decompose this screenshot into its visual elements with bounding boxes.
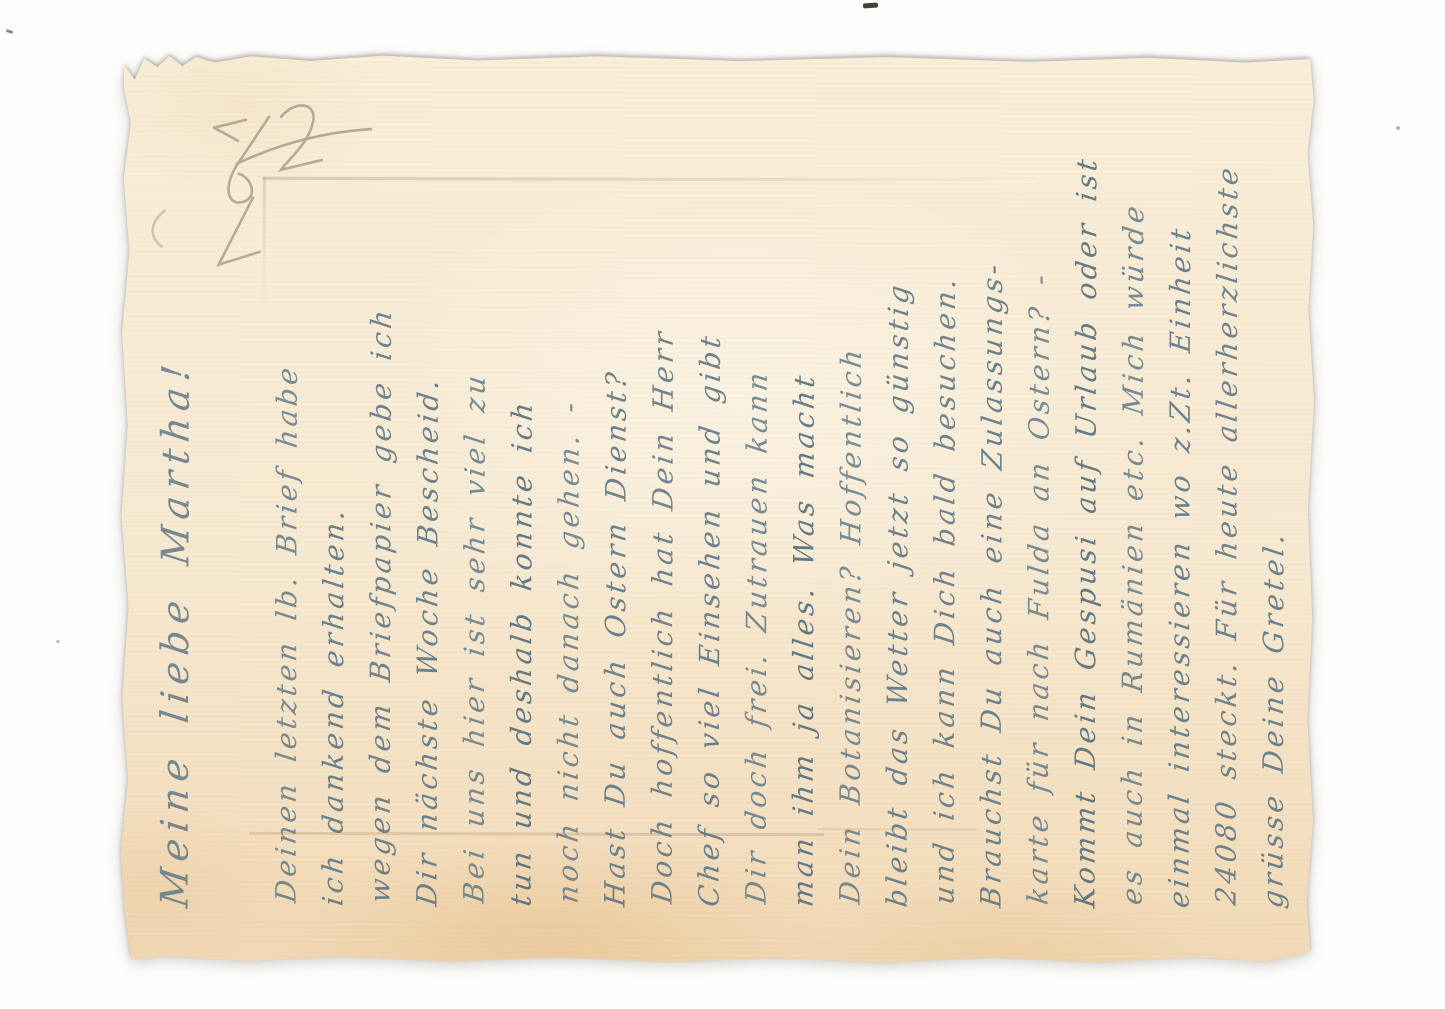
scan-background: Meine liebe Martha! Deinen letzten lb. B… (0, 0, 1445, 1009)
handwriting-line: karte für nach Fulda an Ostern? - (1014, 156, 1063, 907)
greeting-line: Meine liebe Martha! (152, 356, 197, 910)
handwriting-line: bleibt das Wetter jetzt so günstig (873, 156, 922, 910)
postcard-paper: Meine liebe Martha! Deinen letzten lb. B… (117, 50, 1316, 965)
handwriting-line: ich dankend erhalten. (309, 155, 358, 909)
handwriting-layer: Meine liebe Martha! Deinen letzten lb. B… (116, 51, 1315, 966)
scanner-speck (1396, 126, 1400, 130)
handwriting-line: wegen dem Briefpapier gebe ich (356, 155, 405, 906)
handwriting-line: Chef so viel Einsehen und gibt (685, 156, 734, 910)
handwriting-line: noch nicht danach gehen. - (544, 155, 593, 906)
handwriting-line: und ich kann Dich bald besuchen. (920, 156, 969, 907)
handwriting-line: tun und deshalb konnte ich (497, 155, 546, 909)
handwriting-line: Hast Du auch Ostern Dienst? (591, 155, 640, 909)
handwriting-line: Dir doch frei. Zutrauen kann (732, 156, 781, 907)
handwriting-line: Bei uns hier ist sehr viel zu (450, 155, 499, 906)
handwriting-line: Deinen letzten lb. Brief habe (262, 154, 311, 905)
handwriting-line: Kommt Dein Gespusi auf Urlaub oder ist (1061, 157, 1110, 911)
handwriting-line: Brauchst Du auch eine Zulassungs- (967, 156, 1016, 910)
handwriting-line: Dein Botanisieren? Hoffentlich (826, 156, 875, 907)
handwriting-line: man ihm ja alles. Was macht (779, 156, 828, 910)
handwriting-line: Doch hoffentlich hat Dein Herr (638, 155, 687, 906)
letter-body: Deinen letzten lb. Brief habeich dankend… (262, 157, 1298, 908)
handwriting-line: 24080 steckt. Für heute allerherzlichste (1202, 157, 1251, 908)
postcard: Meine liebe Martha! Deinen letzten lb. B… (118, 52, 1315, 964)
handwriting-line: grüsse Deine Gretel. (1249, 157, 1298, 911)
scanner-speck (863, 2, 878, 8)
scanner-speck (6, 29, 14, 34)
scanner-speck (56, 640, 60, 643)
handwriting-line: einmal interessieren wo z.Zt. Einheit (1155, 157, 1204, 911)
handwriting-line: es auch in Rumänien etc. Mich würde (1108, 157, 1157, 908)
handwriting-line: Dir nächste Woche Bescheid. (403, 155, 452, 909)
